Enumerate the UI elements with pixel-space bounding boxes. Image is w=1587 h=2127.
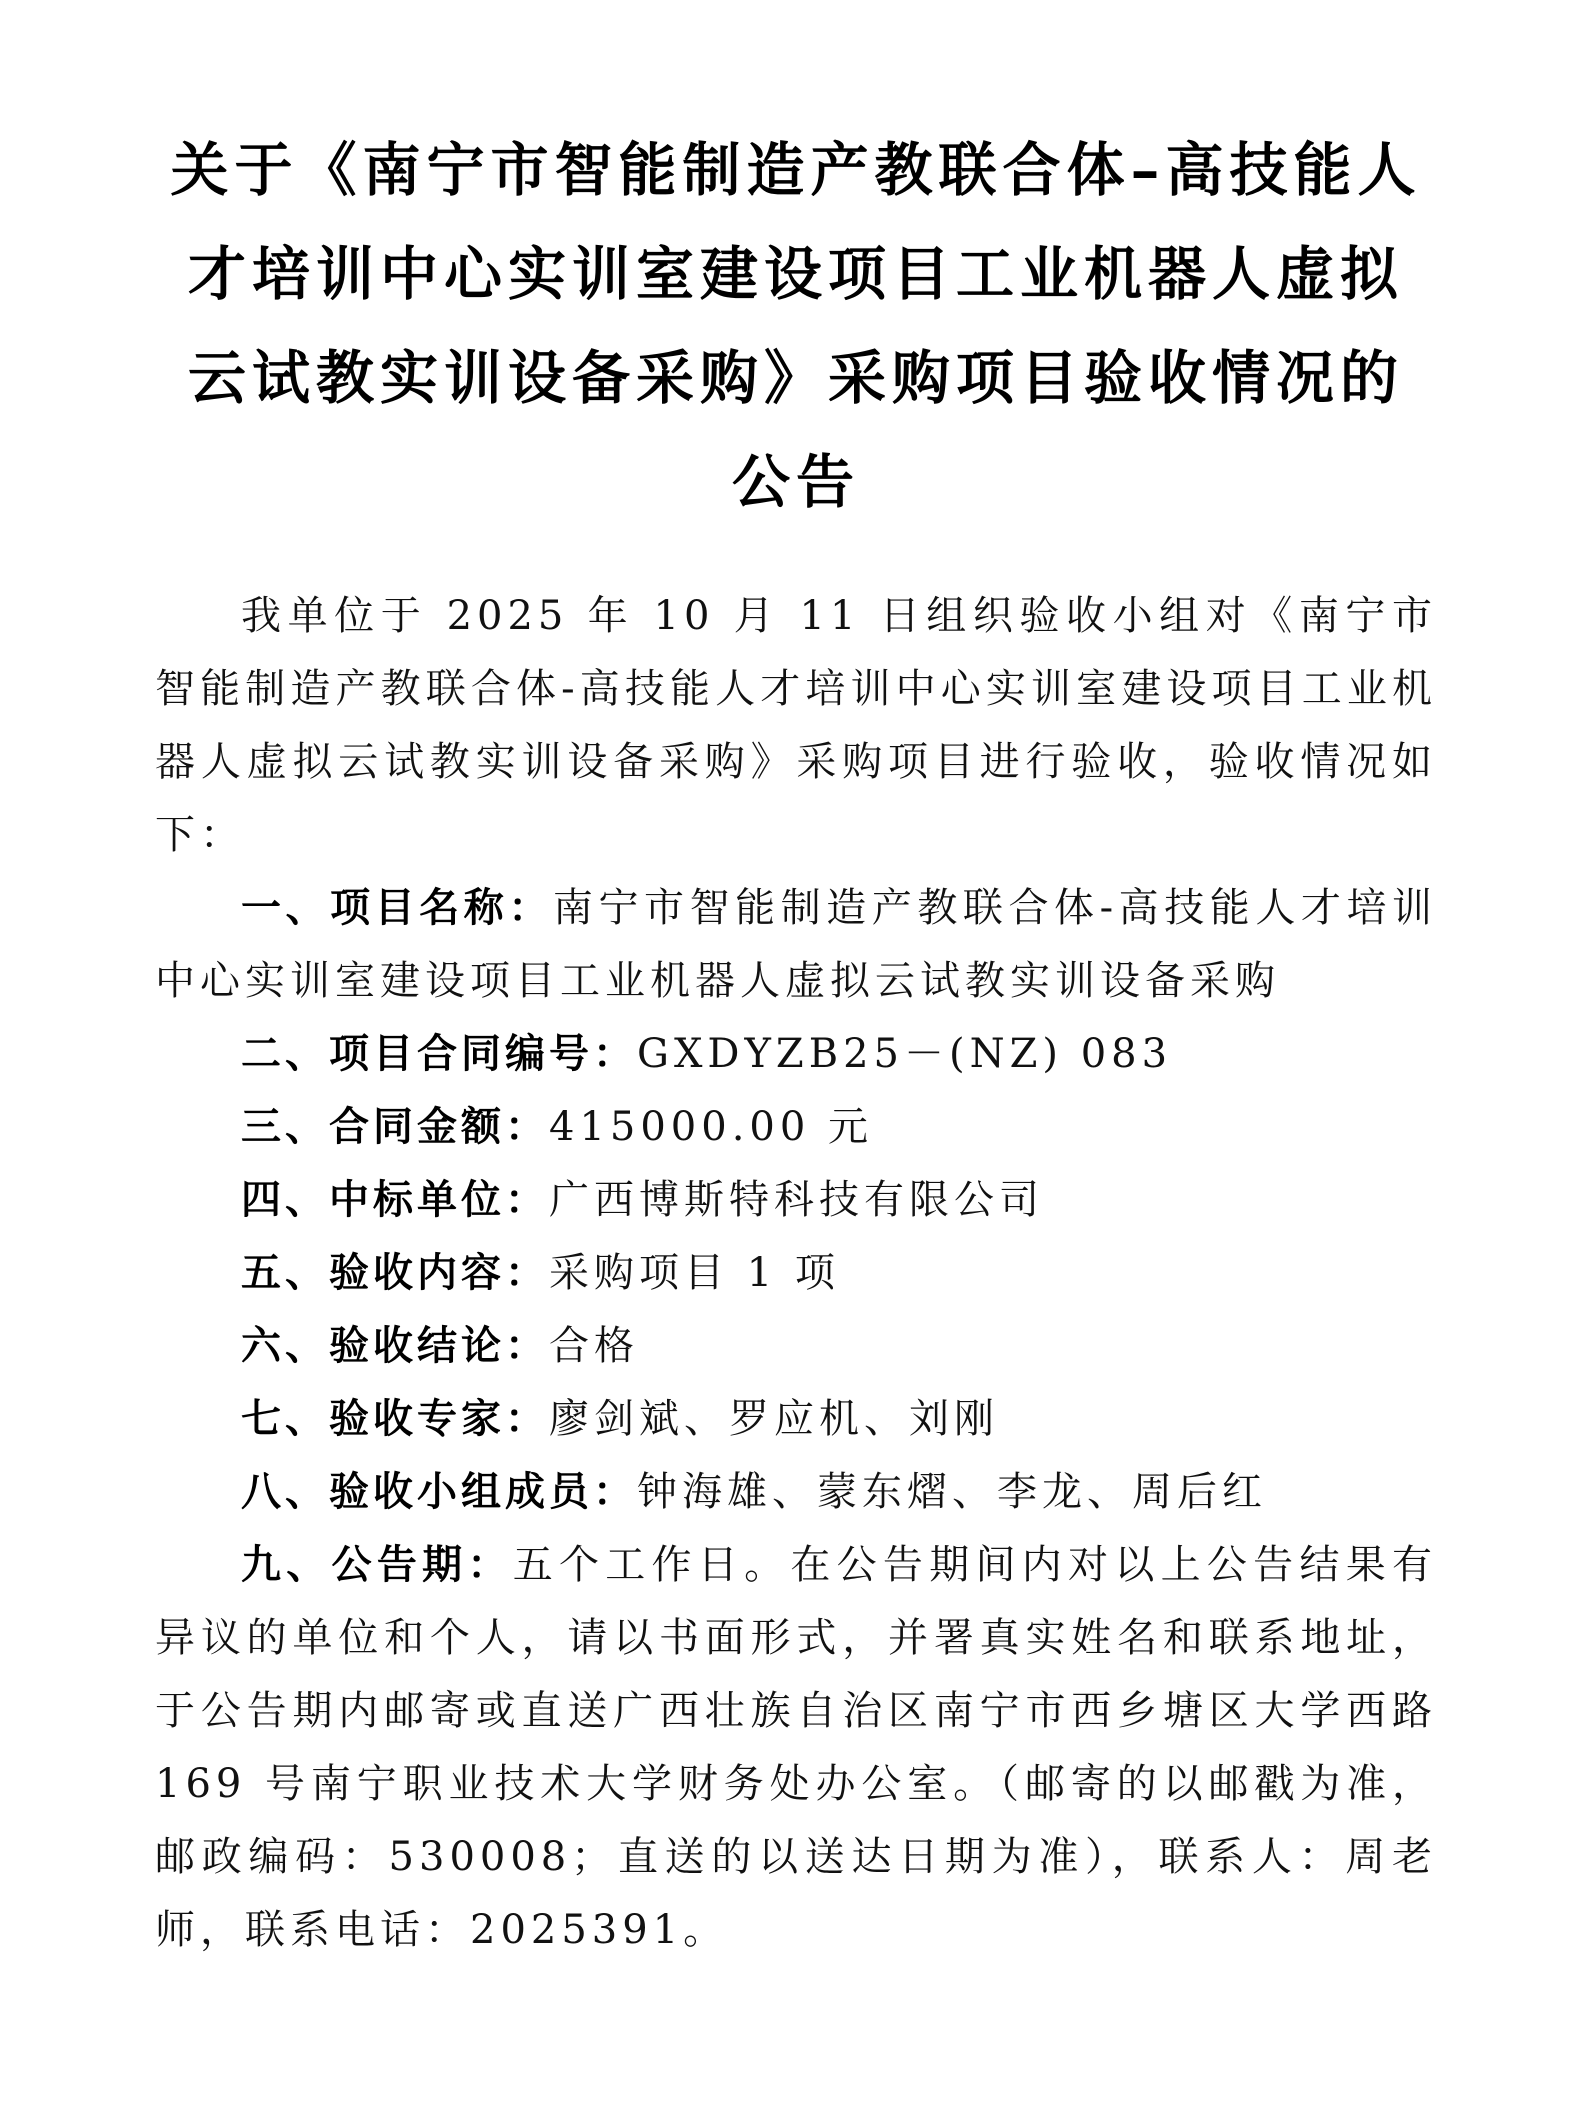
item-contract-amount: 三、合同金额：415000.00 元 <box>155 1091 1437 1164</box>
page-title: 关于《南宁市智能制造产教联合体–高技能人才培训中心实训室建设项目工业机器人虚拟云… <box>155 118 1437 534</box>
item-acceptance-team-label: 八、验收小组成员： <box>241 1469 637 1515</box>
item-acceptance-content-value: 采购项目 1 项 <box>549 1250 840 1296</box>
item-acceptance-conclusion-value: 合格 <box>549 1323 639 1369</box>
intro-paragraph: 我单位于 2025 年 10 月 11 日组织验收小组对《南宁市智能制造产教联合… <box>155 580 1437 872</box>
item-winning-bidder: 四、中标单位：广西博斯特科技有限公司 <box>155 1164 1437 1237</box>
item-acceptance-content-label: 五、验收内容： <box>241 1250 549 1296</box>
item-announcement-period-label: 九、公告期： <box>241 1542 513 1588</box>
item-acceptance-conclusion: 六、验收结论：合格 <box>155 1310 1437 1383</box>
item-contract-number-value: GXDYZB25－(NZ) 083 <box>637 1031 1172 1077</box>
item-acceptance-content: 五、验收内容：采购项目 1 项 <box>155 1237 1437 1310</box>
intro-text: 我单位于 2025 年 10 月 11 日组织验收小组对《南宁市智能制造产教联合… <box>155 593 1437 858</box>
item-acceptance-team: 八、验收小组成员：钟海雄、蒙东熠、李龙、周后红 <box>155 1456 1437 1529</box>
item-contract-number-label: 二、项目合同编号： <box>241 1031 637 1077</box>
item-winning-bidder-label: 四、中标单位： <box>241 1177 549 1223</box>
item-announcement-period-value: 五个工作日。在公告期间内对以上公告结果有异议的单位和个人，请以书面形式，并署真实… <box>155 1542 1437 1953</box>
item-acceptance-experts: 七、验收专家：廖剑斌、罗应机、刘刚 <box>155 1383 1437 1456</box>
item-project-name: 一、项目名称：南宁市智能制造产教联合体-高技能人才培训中心实训室建设项目工业机器… <box>155 872 1437 1018</box>
item-contract-amount-value: 415000.00 元 <box>549 1104 873 1150</box>
item-winning-bidder-value: 广西博斯特科技有限公司 <box>549 1177 1044 1223</box>
item-acceptance-conclusion-label: 六、验收结论： <box>241 1323 549 1369</box>
item-contract-amount-label: 三、合同金额： <box>241 1104 549 1150</box>
item-acceptance-experts-value: 廖剑斌、罗应机、刘刚 <box>549 1396 999 1442</box>
item-announcement-period: 九、公告期：五个工作日。在公告期间内对以上公告结果有异议的单位和个人，请以书面形… <box>155 1529 1437 1967</box>
item-acceptance-team-value: 钟海雄、蒙东熠、李龙、周后红 <box>637 1469 1267 1515</box>
item-project-name-label: 一、项目名称： <box>241 885 553 931</box>
item-acceptance-experts-label: 七、验收专家： <box>241 1396 549 1442</box>
document-page: 关于《南宁市智能制造产教联合体–高技能人才培训中心实训室建设项目工业机器人虚拟云… <box>0 0 1587 2127</box>
item-contract-number: 二、项目合同编号：GXDYZB25－(NZ) 083 <box>155 1018 1437 1091</box>
